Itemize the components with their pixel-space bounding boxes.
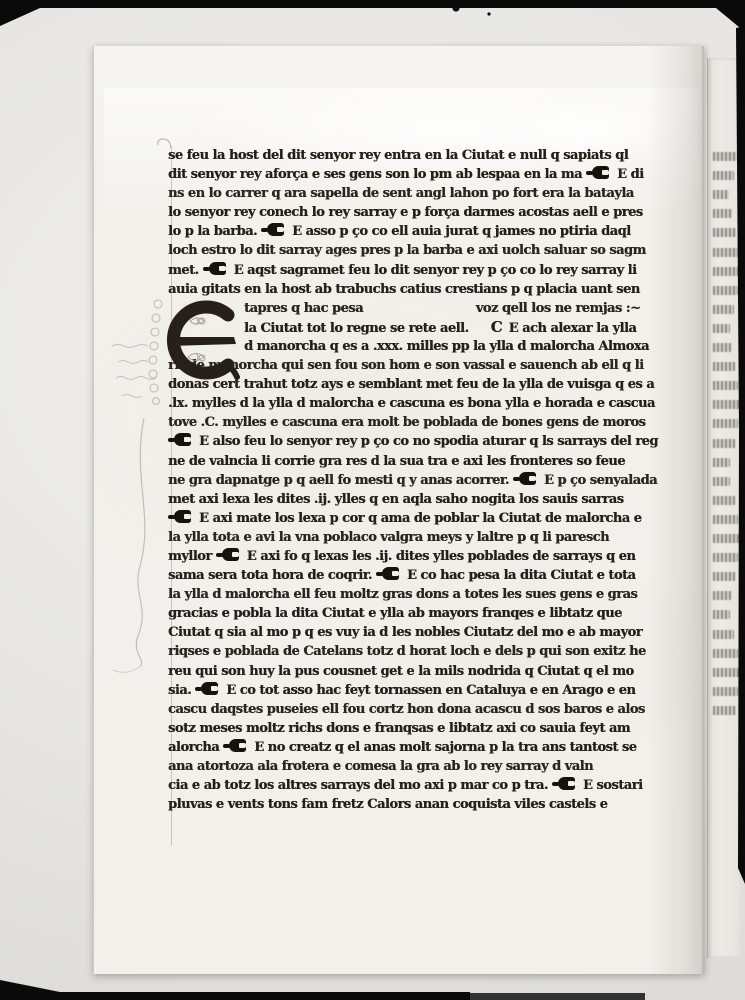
manuscript-line: alorcha E no creatz q el anas molt sajor… (168, 738, 674, 757)
facing-page-text-fragment (713, 381, 738, 390)
manuscript-line: ne gra dapnatge p q aell fo mesti q y an… (168, 471, 674, 490)
manuscript-line: lo senyor rey conech lo rey sarray e p f… (168, 203, 674, 222)
manuscript-line: E axi mate los lexa p cor q ama de pobla… (168, 509, 674, 528)
capitulum-mark-icon (174, 433, 191, 446)
manuscript-line: loch estro lo dit sarray ages pres p la … (168, 241, 674, 260)
facing-page-text-fragment (713, 477, 730, 486)
manuscript-line: met. E aqst sagramet feu lo dit senyor r… (168, 261, 674, 280)
manuscript-page: E se feu la host del dit senyor rey entr… (93, 46, 704, 974)
facing-page-text-fragment (713, 553, 738, 562)
capitulum-mark-icon (382, 567, 399, 580)
facing-page-text-fragment (713, 190, 729, 199)
facing-page-text-fragment (713, 534, 739, 543)
facing-page-text-fragment (713, 152, 737, 161)
text-block: se feu la host del dit senyor rey entra … (168, 146, 674, 814)
manuscript-line: ns en lo carrer q ara sapella de sent an… (168, 184, 674, 203)
facing-page-text-fragment (713, 286, 738, 295)
manuscript-line: reu qui son huy la pus cousnet get e la … (168, 662, 674, 681)
manuscript-line: d manorcha q es a .xxx. milles pp la yll… (168, 337, 674, 356)
facing-page-text-fragment (713, 649, 738, 658)
facing-page-text-fragment (713, 668, 739, 677)
facing-page-text-fragment (713, 209, 732, 218)
capitulum-mark-icon (558, 777, 575, 790)
facing-page-text-fragment (713, 572, 735, 581)
capitulum-letter: C (489, 318, 505, 336)
capitulum-mark-icon (222, 548, 239, 561)
manuscript-line: la Ciutat tot lo regne se rete aell. C E… (168, 318, 674, 337)
manuscript-line: tove .C. mylles e cascuna era molt be po… (168, 413, 674, 432)
manuscript-line: pluvas e vents tons fam fretz Calors ana… (168, 795, 674, 814)
manuscript-line: E also feu lo senyor rey p ço co no spod… (168, 432, 674, 451)
manuscript-line: .lx. mylles d la ylla d malorcha e cascu… (168, 394, 674, 413)
facing-page-text-fragment (713, 630, 734, 639)
manuscript-line: riqses e poblada de Catelans totz d hora… (168, 642, 674, 661)
capitulum-mark-icon (209, 262, 226, 275)
facing-page-text-fragment (713, 171, 734, 180)
manuscript-line: sama sera tota hora de coqrir. E co hac … (168, 566, 674, 585)
manuscript-line: sia. E co tot asso hac feyt tornassen en… (168, 681, 674, 700)
capitulum-mark-icon (229, 739, 246, 752)
manuscript-line: se feu la host del dit senyor rey entra … (168, 146, 674, 165)
manuscript-line: myllor E axi fo q lexas les .ij. dites y… (168, 547, 674, 566)
facing-page-text-fragment (713, 400, 739, 409)
manuscript-line: dit senyor rey aforça e ses gens son lo … (168, 165, 674, 184)
facing-page-text-fragment (713, 591, 731, 600)
capitulum-mark-icon (174, 510, 191, 523)
manuscript-line: ana atortoza ala frotera e comesa la gra… (168, 757, 674, 776)
facing-page-text-fragment (713, 419, 738, 428)
facing-page-text-fragment (713, 496, 735, 505)
facing-page-text-fragment (713, 439, 735, 448)
manuscript-line: donas cert trahut totz ays e semblant me… (168, 375, 674, 394)
manuscript-line: la ylla tota e avi la vna poblaco valgra… (168, 528, 674, 547)
facing-page-text-fragment (713, 343, 731, 352)
facing-page-text-fragment (713, 610, 730, 619)
facing-page-text-fragment (713, 305, 734, 314)
manuscript-line: auia gitats en la host ab trabuchs catiu… (168, 280, 674, 299)
manuscript-line: ne de valncia li corrie gra res d la sua… (168, 452, 674, 471)
decorated-initial-e: E (162, 297, 240, 383)
facing-page-text-fragment (713, 515, 738, 524)
capitulum-mark-icon (519, 472, 536, 485)
manuscript-line: sotz meses moltz richs dons e franqsas e… (168, 719, 674, 738)
facing-page-text-fragment (713, 248, 738, 257)
capitulum-mark-icon (267, 223, 284, 236)
manuscript-line: Ciutat q sia al mo p q es vuy ia d les n… (168, 623, 674, 642)
manuscript-line: cia e ab totz los altres sarrays del mo … (168, 776, 674, 795)
facing-page-text-fragment (713, 706, 736, 715)
capitulum-mark-icon (592, 166, 609, 179)
facing-page-text-fragment (713, 228, 736, 237)
capitulum-mark-icon (201, 682, 218, 695)
initial-e-drawing (162, 297, 240, 383)
facing-page-text-fragment (713, 267, 739, 276)
manuscript-line: tapres q hac pesa voz qell los ne remjas… (168, 299, 674, 318)
manuscript-line: rif de manorcha qui sen fou son hom e so… (168, 356, 674, 375)
manuscript-line: la ylla d malorcha ell feu moltz gras do… (168, 585, 674, 604)
facing-page-edge (707, 58, 740, 958)
manuscript-line: cascu daqstes puseies ell fou cortz hon … (168, 700, 674, 719)
manuscript-line: lo p la barba. E asso p ço co ell auia j… (168, 222, 674, 241)
facing-page-text-fragment (713, 687, 738, 696)
facing-page-text-fragment (713, 458, 730, 467)
facing-page-text-fragment (713, 362, 735, 371)
manuscript-line: met axi lexa les dites .ij. ylles q en a… (168, 490, 674, 509)
facing-page-text-fragment (713, 324, 730, 333)
manuscript-line: gracias e pobla la dita Ciutat e ylla ab… (168, 604, 674, 623)
photo-backdrop: E se feu la host del dit senyor rey entr… (0, 0, 745, 1000)
